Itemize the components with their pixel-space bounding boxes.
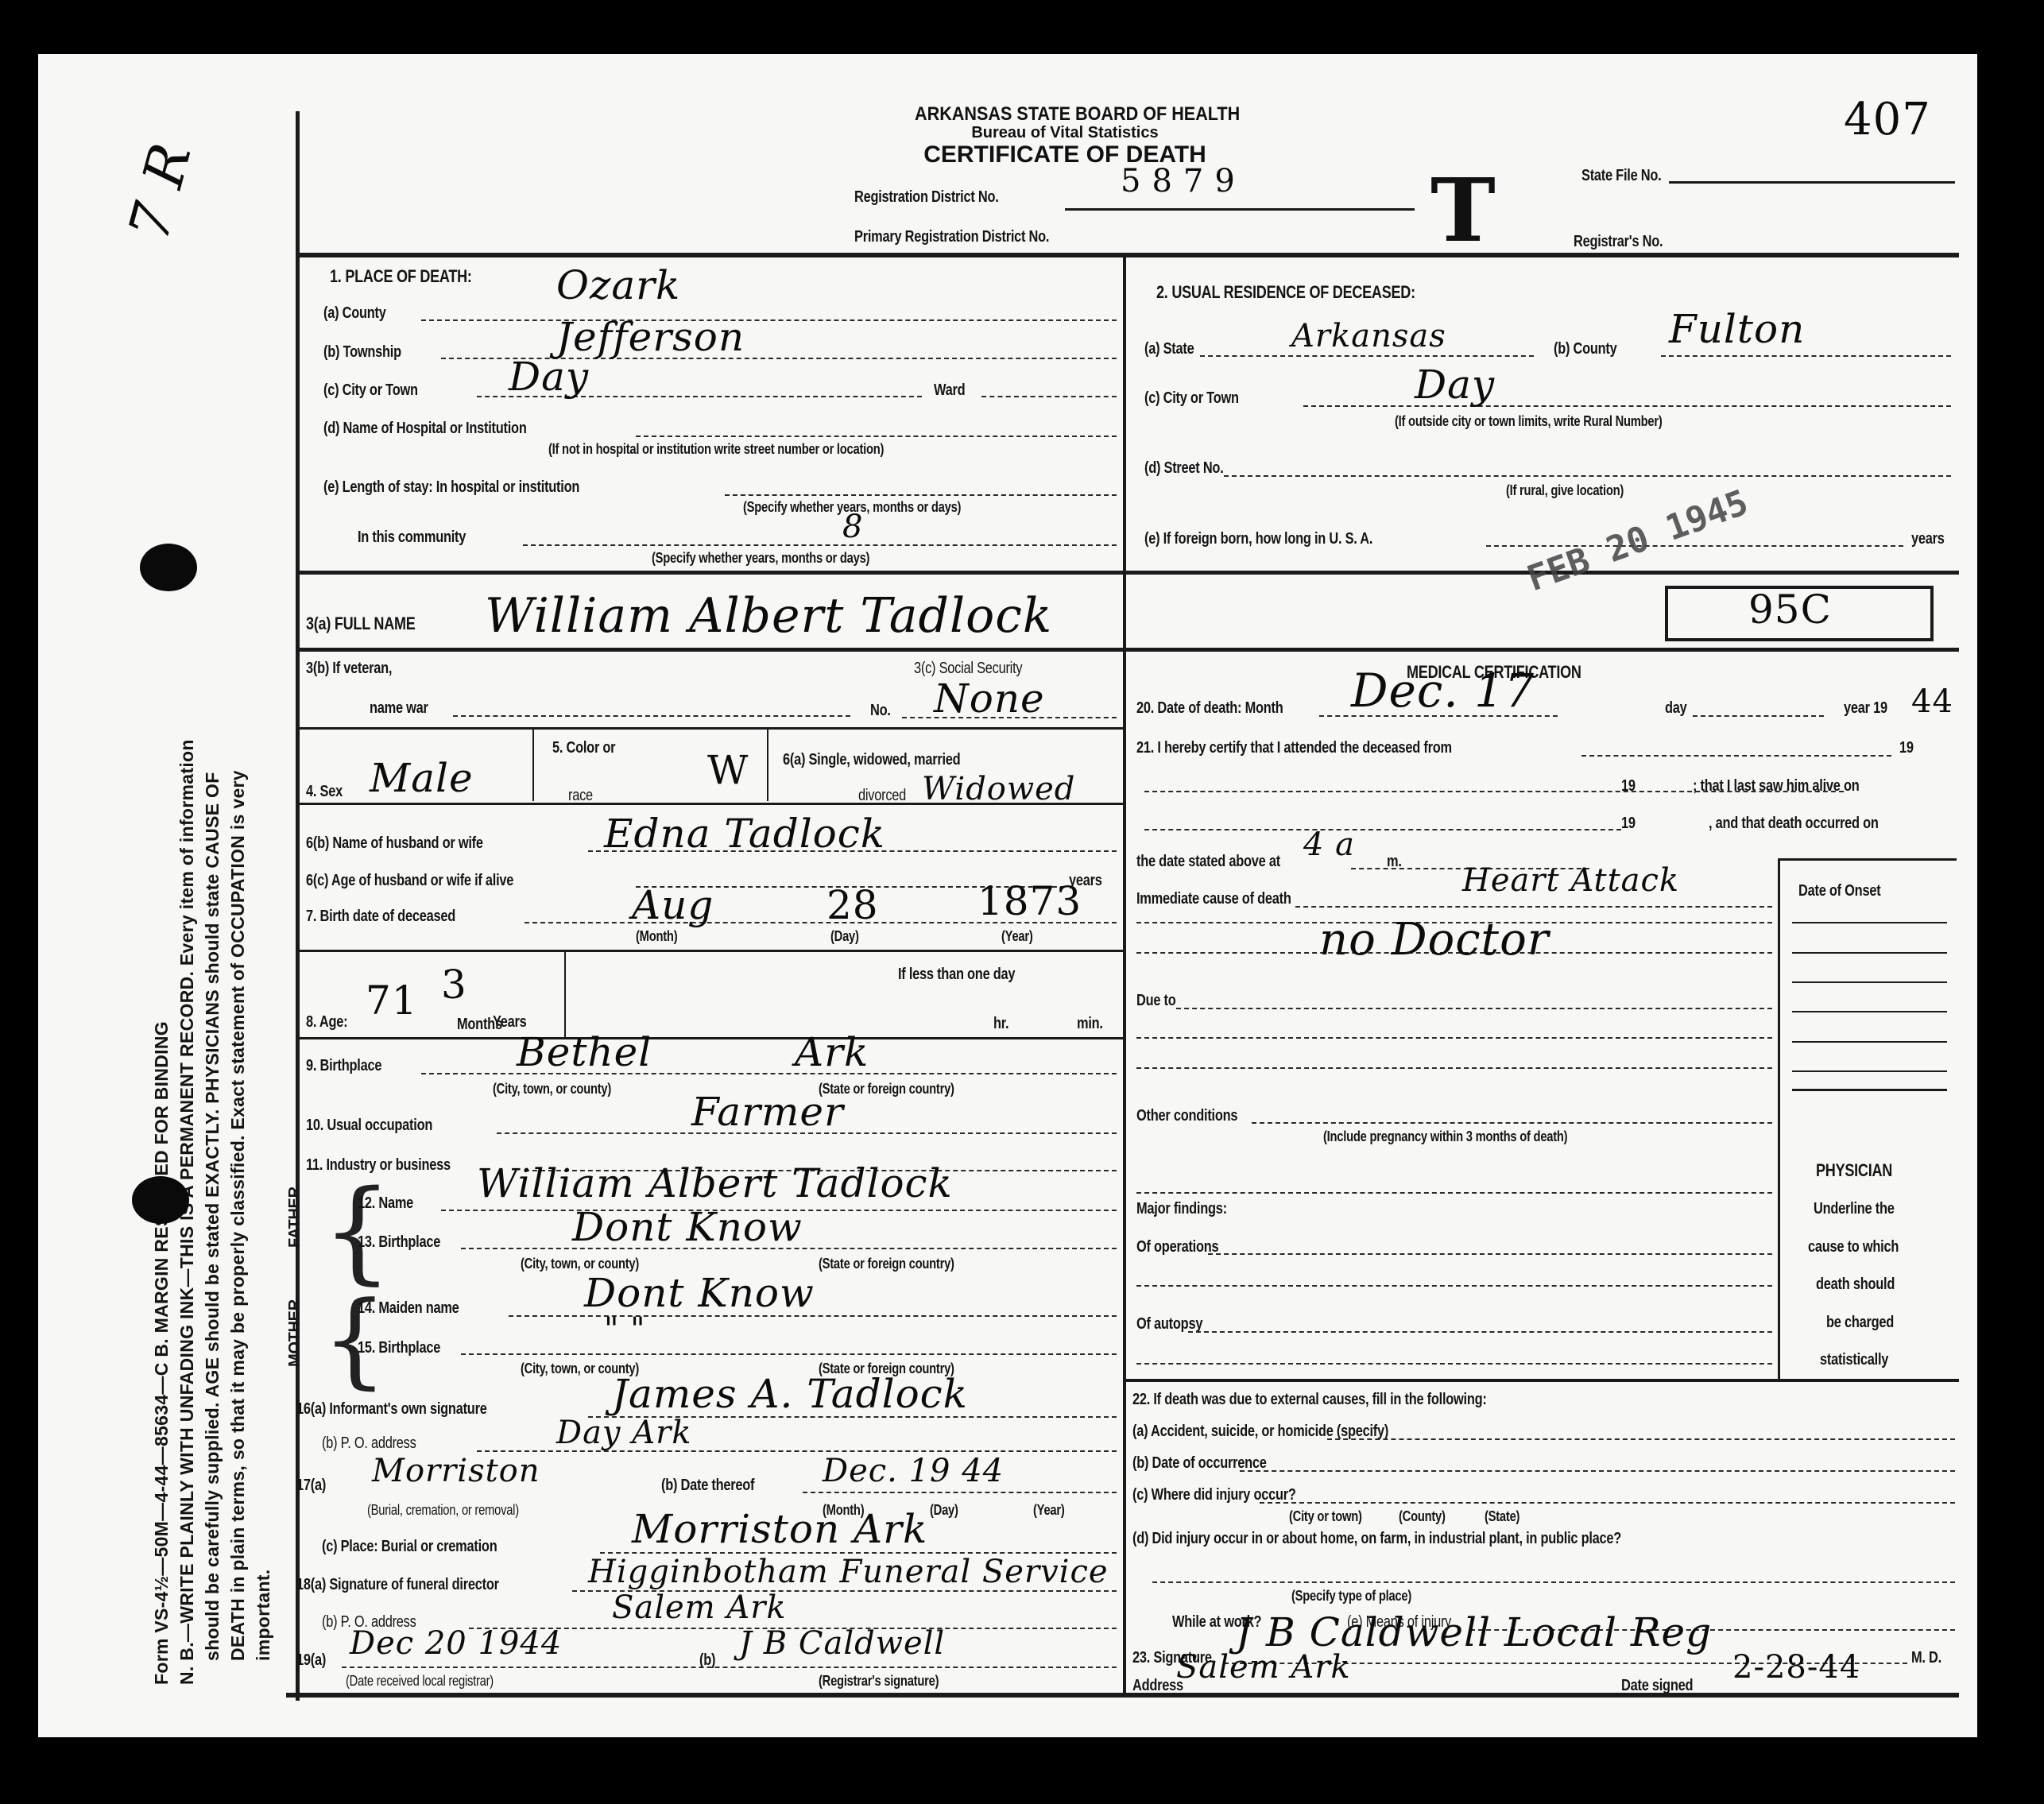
code-box-value[interactable]: 95C: [1748, 586, 1832, 633]
pod-city-value[interactable]: Day: [509, 354, 589, 400]
registration-district-value: 5879: [1121, 163, 1246, 199]
last-saw-label: ; that I last saw him alive on: [1693, 777, 1860, 796]
page-number: 407: [1844, 94, 1931, 145]
occupation-value[interactable]: Farmer: [691, 1089, 844, 1135]
other-conditions-label: Other conditions: [1136, 1107, 1237, 1125]
name-row-top-rule: [298, 571, 1959, 575]
mother-side-label: MOTHER: [286, 1299, 304, 1367]
pod-ward-line: [981, 396, 1117, 397]
onset-line-1: [1792, 922, 1947, 923]
race-value[interactable]: W: [707, 747, 749, 793]
external-type-note: (Specify type of place): [1291, 1588, 1411, 1605]
dt-year-note: (Year): [1033, 1502, 1065, 1519]
pod-hospital-note: (If not in hospital or institution write…: [548, 441, 884, 458]
registrar-signature-label: (b): [699, 1651, 715, 1670]
pod-city-label: (c) City or Town: [323, 381, 418, 400]
external-d-line: [1152, 1581, 1955, 1583]
res-foreign-unit: years: [1911, 530, 1945, 548]
due-to-line-2: [1136, 1037, 1772, 1039]
dod-year-label: year 19: [1844, 699, 1887, 718]
disposition-label: 17(a): [296, 1477, 326, 1495]
address-value[interactable]: Salem Ark: [1176, 1649, 1351, 1686]
res-county-label: (b) County: [1554, 340, 1617, 358]
birth-date-label: 7. Birth date of deceased: [306, 908, 455, 926]
mother-birthplace-value[interactable]: " ": [604, 1311, 646, 1348]
spouse-row-top-rule: [298, 803, 1125, 805]
pod-township-label: (b) Township: [323, 343, 401, 362]
state-file-label: State File No.: [1581, 167, 1661, 185]
spouse-label: 6(b) Name of husband or wife: [306, 834, 483, 853]
informant-po-label: (b) P. O. address: [322, 1434, 416, 1453]
registration-district-label: Registration District No.: [854, 188, 999, 207]
dod-label: 20. Date of death: Month: [1136, 699, 1283, 718]
pod-hospital-line: [636, 436, 1117, 437]
sex-label: 4. Sex: [306, 783, 343, 801]
res-street-line: [1224, 475, 1951, 477]
full-name-value[interactable]: William Albert Tadlock: [485, 588, 1052, 644]
res-county-value[interactable]: Fulton: [1669, 306, 1805, 352]
disposition-value[interactable]: Morriston: [372, 1453, 540, 1489]
certify-label: 21. I hereby certify that I attended the…: [1136, 739, 1452, 757]
other-line-2: [1136, 1192, 1772, 1194]
dod-value[interactable]: Dec. 17: [1351, 664, 1535, 718]
date-thereof-label: (b) Date thereof: [661, 1477, 754, 1495]
birth-month-note: (Month): [636, 928, 677, 945]
dod-day-line: [1693, 715, 1824, 717]
birthplace-row-top-rule: [298, 1037, 1125, 1039]
age-months-value[interactable]: 3: [441, 962, 467, 1008]
external-c-line: [1260, 1502, 1955, 1504]
certify-from-line: [1581, 755, 1891, 757]
res-city-note: (If outside city or town limits, write R…: [1395, 413, 1663, 430]
external-county-note: (County): [1399, 1508, 1446, 1525]
physician-note-4: be charged: [1826, 1314, 1894, 1332]
pod-county-label: (a) County: [323, 304, 386, 323]
onset-line-6: [1792, 1070, 1947, 1072]
mother-birthplace-label: 15. Birthplace: [358, 1339, 440, 1357]
registration-district-line: [1065, 208, 1415, 211]
name-war-line: [453, 715, 850, 717]
veteran-label: 3(b) If veteran,: [306, 660, 392, 678]
of-operations-line: [1208, 1253, 1772, 1255]
occupation-label: 10. Usual occupation: [306, 1117, 432, 1135]
primary-registration-district-label: Primary Registration District No.: [854, 228, 1049, 246]
res-city-label: (c) City or Town: [1144, 389, 1239, 408]
res-county-line: [1661, 355, 1951, 357]
occurred-label: , and that death occurred on: [1709, 815, 1879, 833]
major-findings-label: Major findings:: [1136, 1200, 1227, 1218]
funeral-director-value[interactable]: Higginbotham Funeral Service: [588, 1554, 1109, 1590]
md-label: M. D.: [1911, 1649, 1941, 1667]
father-birthplace-value[interactable]: Dont Know: [572, 1204, 803, 1250]
mother-maiden-value[interactable]: Dont Know: [584, 1270, 815, 1316]
date-received-note: (Date received local registrar): [346, 1673, 494, 1690]
funeral-director-label: 18(a) Signature of funeral director: [296, 1576, 499, 1594]
sex-race-divider: [532, 730, 534, 801]
pod-stay-line: [725, 494, 1117, 496]
date-thereof-value[interactable]: Dec. 19 44: [823, 1453, 1004, 1489]
external-b-line: [1240, 1470, 1955, 1472]
date-signed-value[interactable]: 2-28-44: [1732, 1649, 1860, 1686]
registrars-no-label: Registrar's No.: [1574, 233, 1663, 251]
marital-label: 6(a) Single, widowed, married: [783, 751, 960, 769]
birth-day-note: (Day): [830, 928, 859, 945]
pod-stay-label: (e) Length of stay: In hospital or insti…: [323, 478, 579, 497]
res-city-value[interactable]: Day: [1415, 362, 1495, 408]
date-of-onset-label: Date of Onset: [1798, 882, 1880, 900]
physician-note-3: death should: [1816, 1276, 1895, 1294]
margin-instructions-line1: Form VS-4½—50M—4-44—85634—C B. MARGIN RE…: [151, 1021, 172, 1685]
birth-day-value[interactable]: 28: [827, 882, 879, 928]
funeral-po-value[interactable]: Salem Ark: [612, 1589, 787, 1626]
birthplace-city-note: (City, town, or county): [493, 1081, 611, 1097]
sex-row-top-rule: [298, 727, 1125, 730]
of-autopsy-line: [1188, 1331, 1772, 1333]
res-foreign-label: (e) If foreign born, how long in U. S. A…: [1144, 530, 1372, 548]
binding-hole-bottom: [132, 1176, 189, 1224]
place-of-death-heading: 1. PLACE OF DEATH:: [330, 266, 472, 287]
father-name-value[interactable]: William Albert Tadlock: [477, 1160, 953, 1206]
certify-19-a: 19: [1899, 739, 1914, 757]
column-divider: [1123, 257, 1126, 1694]
min-label: min.: [1077, 1015, 1103, 1033]
burial-place-label: (c) Place: Burial or cremation: [322, 1538, 497, 1556]
informant-signature-label: 16(a) Informant's own signature: [296, 1400, 487, 1419]
informant-signature-value[interactable]: James A. Tadlock: [612, 1371, 968, 1417]
burial-place-value[interactable]: Morriston Ark: [632, 1506, 927, 1552]
other-conditions-line: [1252, 1122, 1772, 1124]
full-name-label: 3(a) FULL NAME: [306, 614, 416, 634]
res-state-label: (a) State: [1144, 340, 1194, 358]
physician-heading: PHYSICIAN: [1816, 1160, 1892, 1181]
res-foreign-line: [1486, 545, 1903, 547]
res-city-line: [1303, 405, 1951, 407]
dod-year-value[interactable]: 44: [1911, 683, 1953, 720]
spouse-value[interactable]: Edna Tadlock: [604, 811, 885, 857]
pod-hospital-label: (d) Name of Hospital or Institution: [323, 420, 527, 438]
pod-community-value[interactable]: 8: [842, 509, 863, 545]
certify-19-b: 19: [1621, 777, 1636, 796]
pod-ward-label: Ward: [934, 381, 965, 400]
binding-hole-top: [140, 544, 197, 591]
onset-line-5: [1792, 1041, 1947, 1043]
birth-year-value[interactable]: 1873: [977, 878, 1082, 924]
less-than-day-label: If less than one day: [898, 966, 1015, 984]
hr-label: hr.: [993, 1015, 1008, 1033]
mother-birthplace-line: [461, 1353, 1117, 1355]
race-marital-divider: [767, 730, 768, 801]
due-to-line: [1176, 1008, 1772, 1009]
informant-po-value[interactable]: Day Ark: [556, 1415, 691, 1451]
disposition-note: (Burial, cremation, or removal): [367, 1502, 519, 1519]
last-saw-line: [1144, 829, 1621, 830]
autopsy-line-2: [1136, 1363, 1772, 1365]
name-war-label: name war: [370, 699, 428, 718]
external-a-line: [1327, 1438, 1955, 1440]
ss-value[interactable]: None: [934, 676, 1045, 722]
age-years-divider: [564, 952, 566, 1038]
onset-line-3: [1792, 981, 1947, 983]
mother-maiden-label: 14. Maiden name: [358, 1299, 459, 1318]
onset-line-4: [1792, 1011, 1947, 1012]
color-label: 5. Color or: [552, 739, 615, 757]
spouse-age-label: 6(c) Age of husband or wife if alive: [306, 872, 513, 890]
res-street-label: (d) Street No.: [1144, 459, 1224, 478]
res-state-value[interactable]: Arkansas: [1291, 318, 1446, 354]
registrar-signature-value[interactable]: J B Caldwell: [739, 1625, 945, 1662]
other-conditions-note: (Include pregnancy within 3 months of de…: [1323, 1128, 1567, 1145]
form-top-rule: [298, 253, 1959, 257]
stamp-letter-t: T: [1430, 159, 1496, 261]
onset-column-divider: [1778, 858, 1780, 1379]
of-operations-label: Of operations: [1136, 1238, 1218, 1256]
immediate-cause-line: [1295, 906, 1772, 908]
birthplace-city-value[interactable]: Bethel: [517, 1029, 652, 1075]
operations-line-2: [1136, 1285, 1772, 1287]
pod-county-line: [421, 319, 1117, 321]
immediate-cause-value[interactable]: Heart Attack: [1462, 862, 1679, 899]
age-label: 8. Age:: [306, 1013, 347, 1032]
father-side-label: FATHER: [286, 1187, 304, 1248]
ss-no-label: No.: [870, 702, 891, 720]
physician-note-5: statistically: [1820, 1351, 1888, 1369]
physician-note-1: Underline the: [1814, 1200, 1895, 1218]
registrar-signature-note: (Registrar's signature): [819, 1673, 939, 1690]
res-state-line: [1200, 355, 1534, 357]
date-signed-label: Date signed: [1621, 1677, 1693, 1695]
due-to-label: Due to: [1136, 992, 1176, 1010]
margin-instructions-line4: DEATH in plain terms, so that it may be …: [227, 770, 249, 1661]
onset-line-7: [1792, 1089, 1947, 1091]
date-received-value[interactable]: Dec 20 1944: [350, 1625, 562, 1662]
onset-column-top: [1778, 858, 1957, 861]
external-city-note: (City or town): [1289, 1508, 1362, 1525]
immediate-cause-value-2[interactable]: no Doctor: [1319, 914, 1550, 966]
onset-line-2: [1792, 952, 1947, 954]
state-file-line: [1669, 181, 1955, 184]
physician-note-2: cause to which: [1808, 1238, 1899, 1256]
form-left-border: [296, 111, 300, 1701]
dt-day-note: (Day): [930, 1502, 958, 1519]
external-d-label: (d) Did injury occur in or about home, o…: [1132, 1530, 1621, 1548]
sex-value[interactable]: Male: [370, 755, 474, 801]
time-m-label: m.: [1387, 853, 1402, 871]
father-brace: {: [322, 1176, 393, 1287]
dod-day-label: day: [1665, 699, 1687, 718]
father-name-label: 12. Name: [358, 1194, 413, 1213]
time-label: the date stated above at: [1136, 853, 1280, 871]
father-state-note: (State or foreign country): [819, 1256, 954, 1272]
external-heading: 22. If death was due to external causes,…: [1132, 1391, 1487, 1409]
margin-instructions-line3: should be carefully supplied. AGE should…: [202, 772, 223, 1661]
res-street-note: (If rural, give location): [1506, 482, 1624, 499]
residence-heading: 2. USUAL RESIDENCE OF DECEASED:: [1156, 282, 1415, 303]
pod-county-value[interactable]: Ozark: [556, 262, 680, 308]
time-value[interactable]: 4 a: [1303, 827, 1355, 863]
margin-instructions-line5: important.: [253, 1570, 274, 1661]
pod-community-note: (Specify whether years, months or days): [652, 550, 869, 567]
birth-year-note: (Year): [1001, 928, 1033, 945]
bureau-name: Bureau of Vital Statistics: [922, 124, 1208, 142]
agency-name: ARKANSAS STATE BOARD OF HEALTH: [915, 103, 1215, 126]
pod-community-label: In this community: [358, 528, 466, 547]
name-row-bottom-rule: [298, 648, 1959, 652]
immediate-cause-label: Immediate cause of death: [1136, 890, 1291, 908]
date-received-line: [342, 1667, 1117, 1668]
age-row-top-rule: [298, 950, 1125, 952]
father-birthplace-label: 13. Birthplace: [358, 1233, 440, 1252]
age-years-value[interactable]: 71: [366, 977, 418, 1024]
birthplace-state-value[interactable]: Ark: [795, 1029, 869, 1075]
due-to-line-3: [1136, 1067, 1772, 1069]
months-label: Months: [457, 1016, 502, 1034]
external-state-note: (State): [1485, 1508, 1519, 1525]
certify-19-c: 19: [1621, 815, 1636, 833]
external-top-rule: [1125, 1379, 1959, 1382]
date-thereof-line: [803, 1492, 1117, 1493]
birthplace-label: 9. Birthplace: [306, 1057, 381, 1075]
pod-community-line: [523, 544, 1117, 546]
date-received-label: 19(a): [296, 1651, 326, 1670]
birth-month-value[interactable]: Aug: [632, 882, 714, 928]
